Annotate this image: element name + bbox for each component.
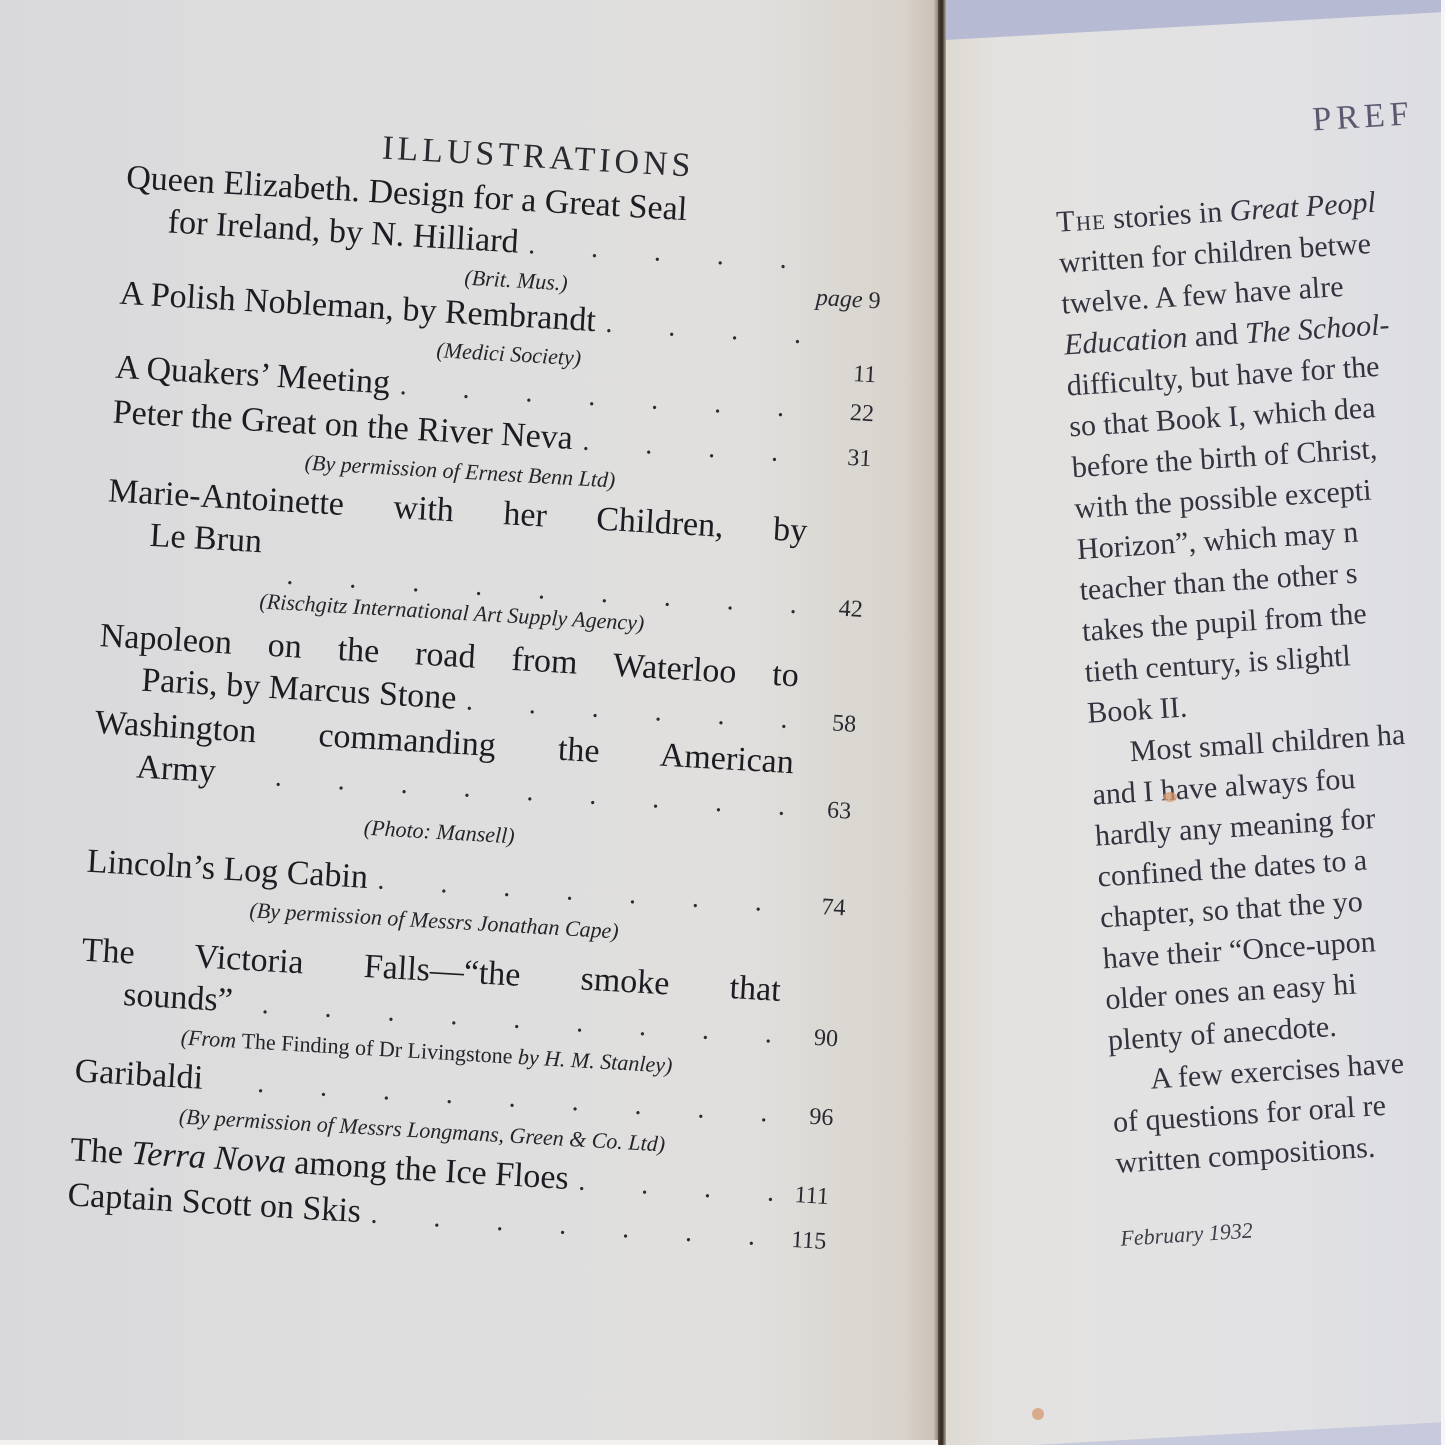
page-number: 111 — [772, 1173, 830, 1218]
page-number: 63 — [794, 787, 852, 832]
page-number: 58 — [799, 701, 857, 746]
illustrations-list: ILLUSTRATIONS Queen Elizabeth. Design fo… — [66, 115, 888, 1263]
entry-title: Army — [135, 746, 217, 792]
page-number: 90 — [781, 1015, 839, 1060]
ship-name: Terra Nova — [131, 1135, 287, 1181]
paper-stain — [1032, 1408, 1044, 1420]
page-number: 9 — [868, 288, 881, 315]
page-edge — [1441, 0, 1445, 1445]
page-number: 74 — [788, 884, 846, 929]
title-part: The — [69, 1131, 132, 1171]
page-label: page — [815, 285, 863, 314]
page-number: 115 — [769, 1218, 827, 1263]
left-page: ILLUSTRATIONS Queen Elizabeth. Design fo… — [0, 0, 940, 1445]
page-number: 31 — [814, 435, 872, 480]
credit-suffix: by H. M. Stanley) — [512, 1044, 673, 1078]
page-number: 11 — [819, 357, 877, 390]
credit-prefix: (From — [180, 1024, 242, 1052]
page-number: 96 — [776, 1094, 834, 1139]
open-book-photo: ILLUSTRATIONS Queen Elizabeth. Design fo… — [0, 0, 1445, 1445]
page-number: 22 — [817, 390, 875, 435]
page-title: PREF — [1311, 95, 1414, 139]
preface-body: The stories in Great Peoplwritten for ch… — [1055, 169, 1445, 1259]
paper-stain — [1163, 792, 1177, 802]
entry-title: Le Brun — [149, 515, 264, 563]
book-gutter — [938, 0, 946, 1445]
page-number: 42 — [806, 596, 863, 621]
entry-title: Garibaldi — [74, 1050, 205, 1099]
entry-title: sounds” — [122, 974, 234, 1022]
